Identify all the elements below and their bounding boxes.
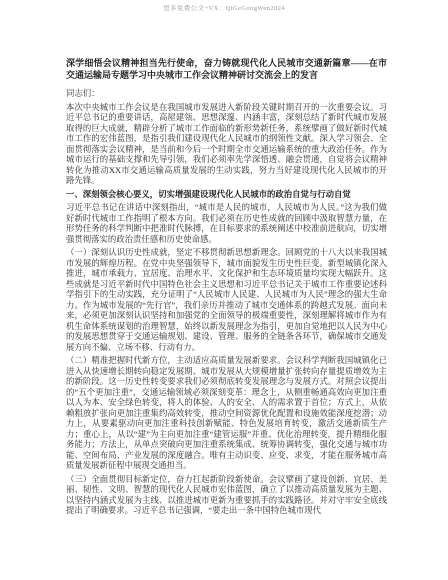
document-content: 深学细悟会议精神担当先行使命，奋力铸就现代化人民城市交通新篇章——在市交通运输局…: [0, 58, 448, 517]
section-heading-1: 一、深刻领会核心要义，切实增强建设现代化人民城市的政治自觉与行动自觉: [66, 190, 387, 201]
document-title: 深学细悟会议精神担当先行使命，奋力铸就现代化人民城市交通新篇章——在市交通运输局…: [66, 58, 387, 81]
paragraph-section-lead: 习近平总书记在讲话中深刻指出，“城市是人民的城市，人民城市为人民。”这为我们做好…: [66, 203, 387, 245]
document-page: 更多免费公文+VX：QiGeGongWen2024 深学细悟会议精神担当先行使命…: [0, 0, 448, 580]
paragraph-point-1: （一）深刻认识历史性成就，坚定不移贯彻新思想新理念。回顾党的十八大以来我国城市发…: [66, 248, 387, 353]
salutation: 同志们：: [66, 89, 387, 100]
paragraph-point-3-truncated: （三）全面贯彻目标新定位，奋力扛起新阶段新使命。会议擘画了建设创新、宜居、美丽、…: [66, 475, 387, 517]
watermark-text: 更多免费公文+VX：QiGeGongWen2024: [0, 0, 448, 13]
paragraph-point-2: （二）精准把握时代新方位，主动适应高质量发展新要求。会议科学判断我国城镇化已进入…: [66, 356, 387, 472]
paragraph-intro: 本次中央城市工作会议是在我国城市发展进入新阶段关键时期召开的一次重要会议。习近平…: [66, 103, 387, 187]
